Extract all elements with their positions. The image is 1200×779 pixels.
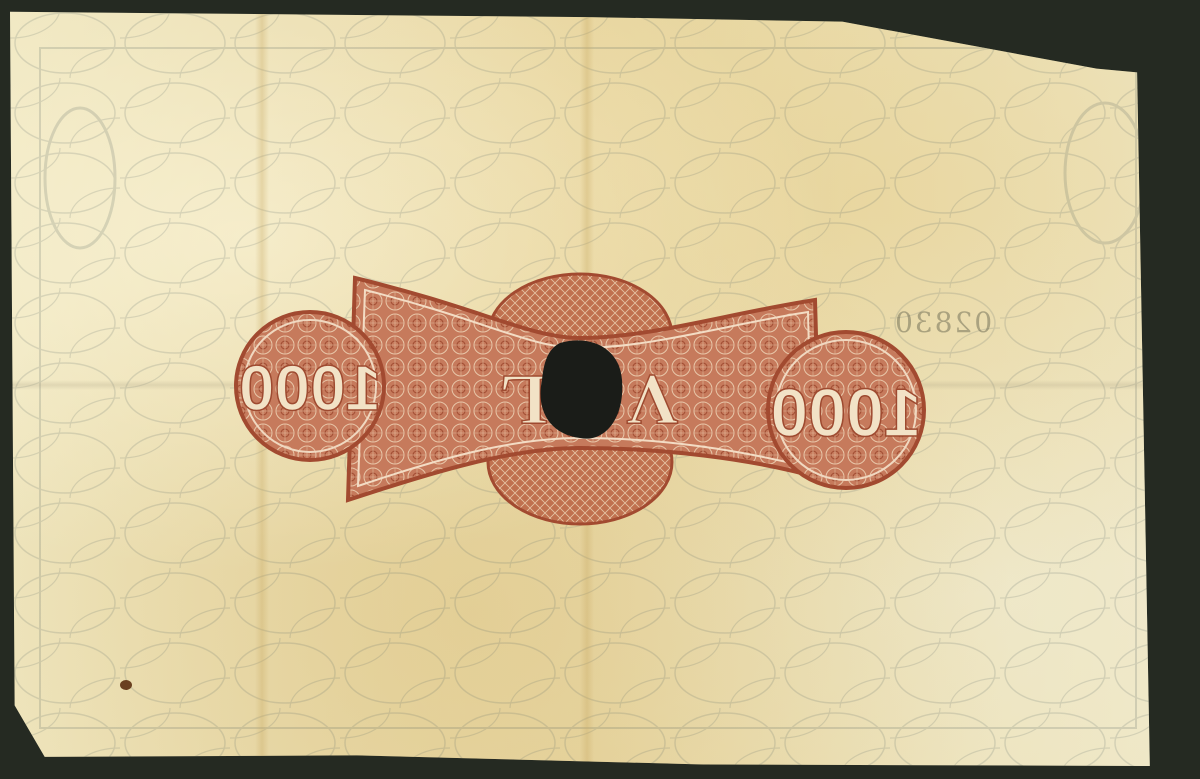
- cancellation-punch-hole: [541, 340, 623, 438]
- denomination-left: 1000: [239, 352, 381, 424]
- denomination-right: 1000: [770, 375, 921, 451]
- denomination-ornament: 1000 1000 VAL: [230, 268, 930, 530]
- ink-stain: [120, 680, 132, 690]
